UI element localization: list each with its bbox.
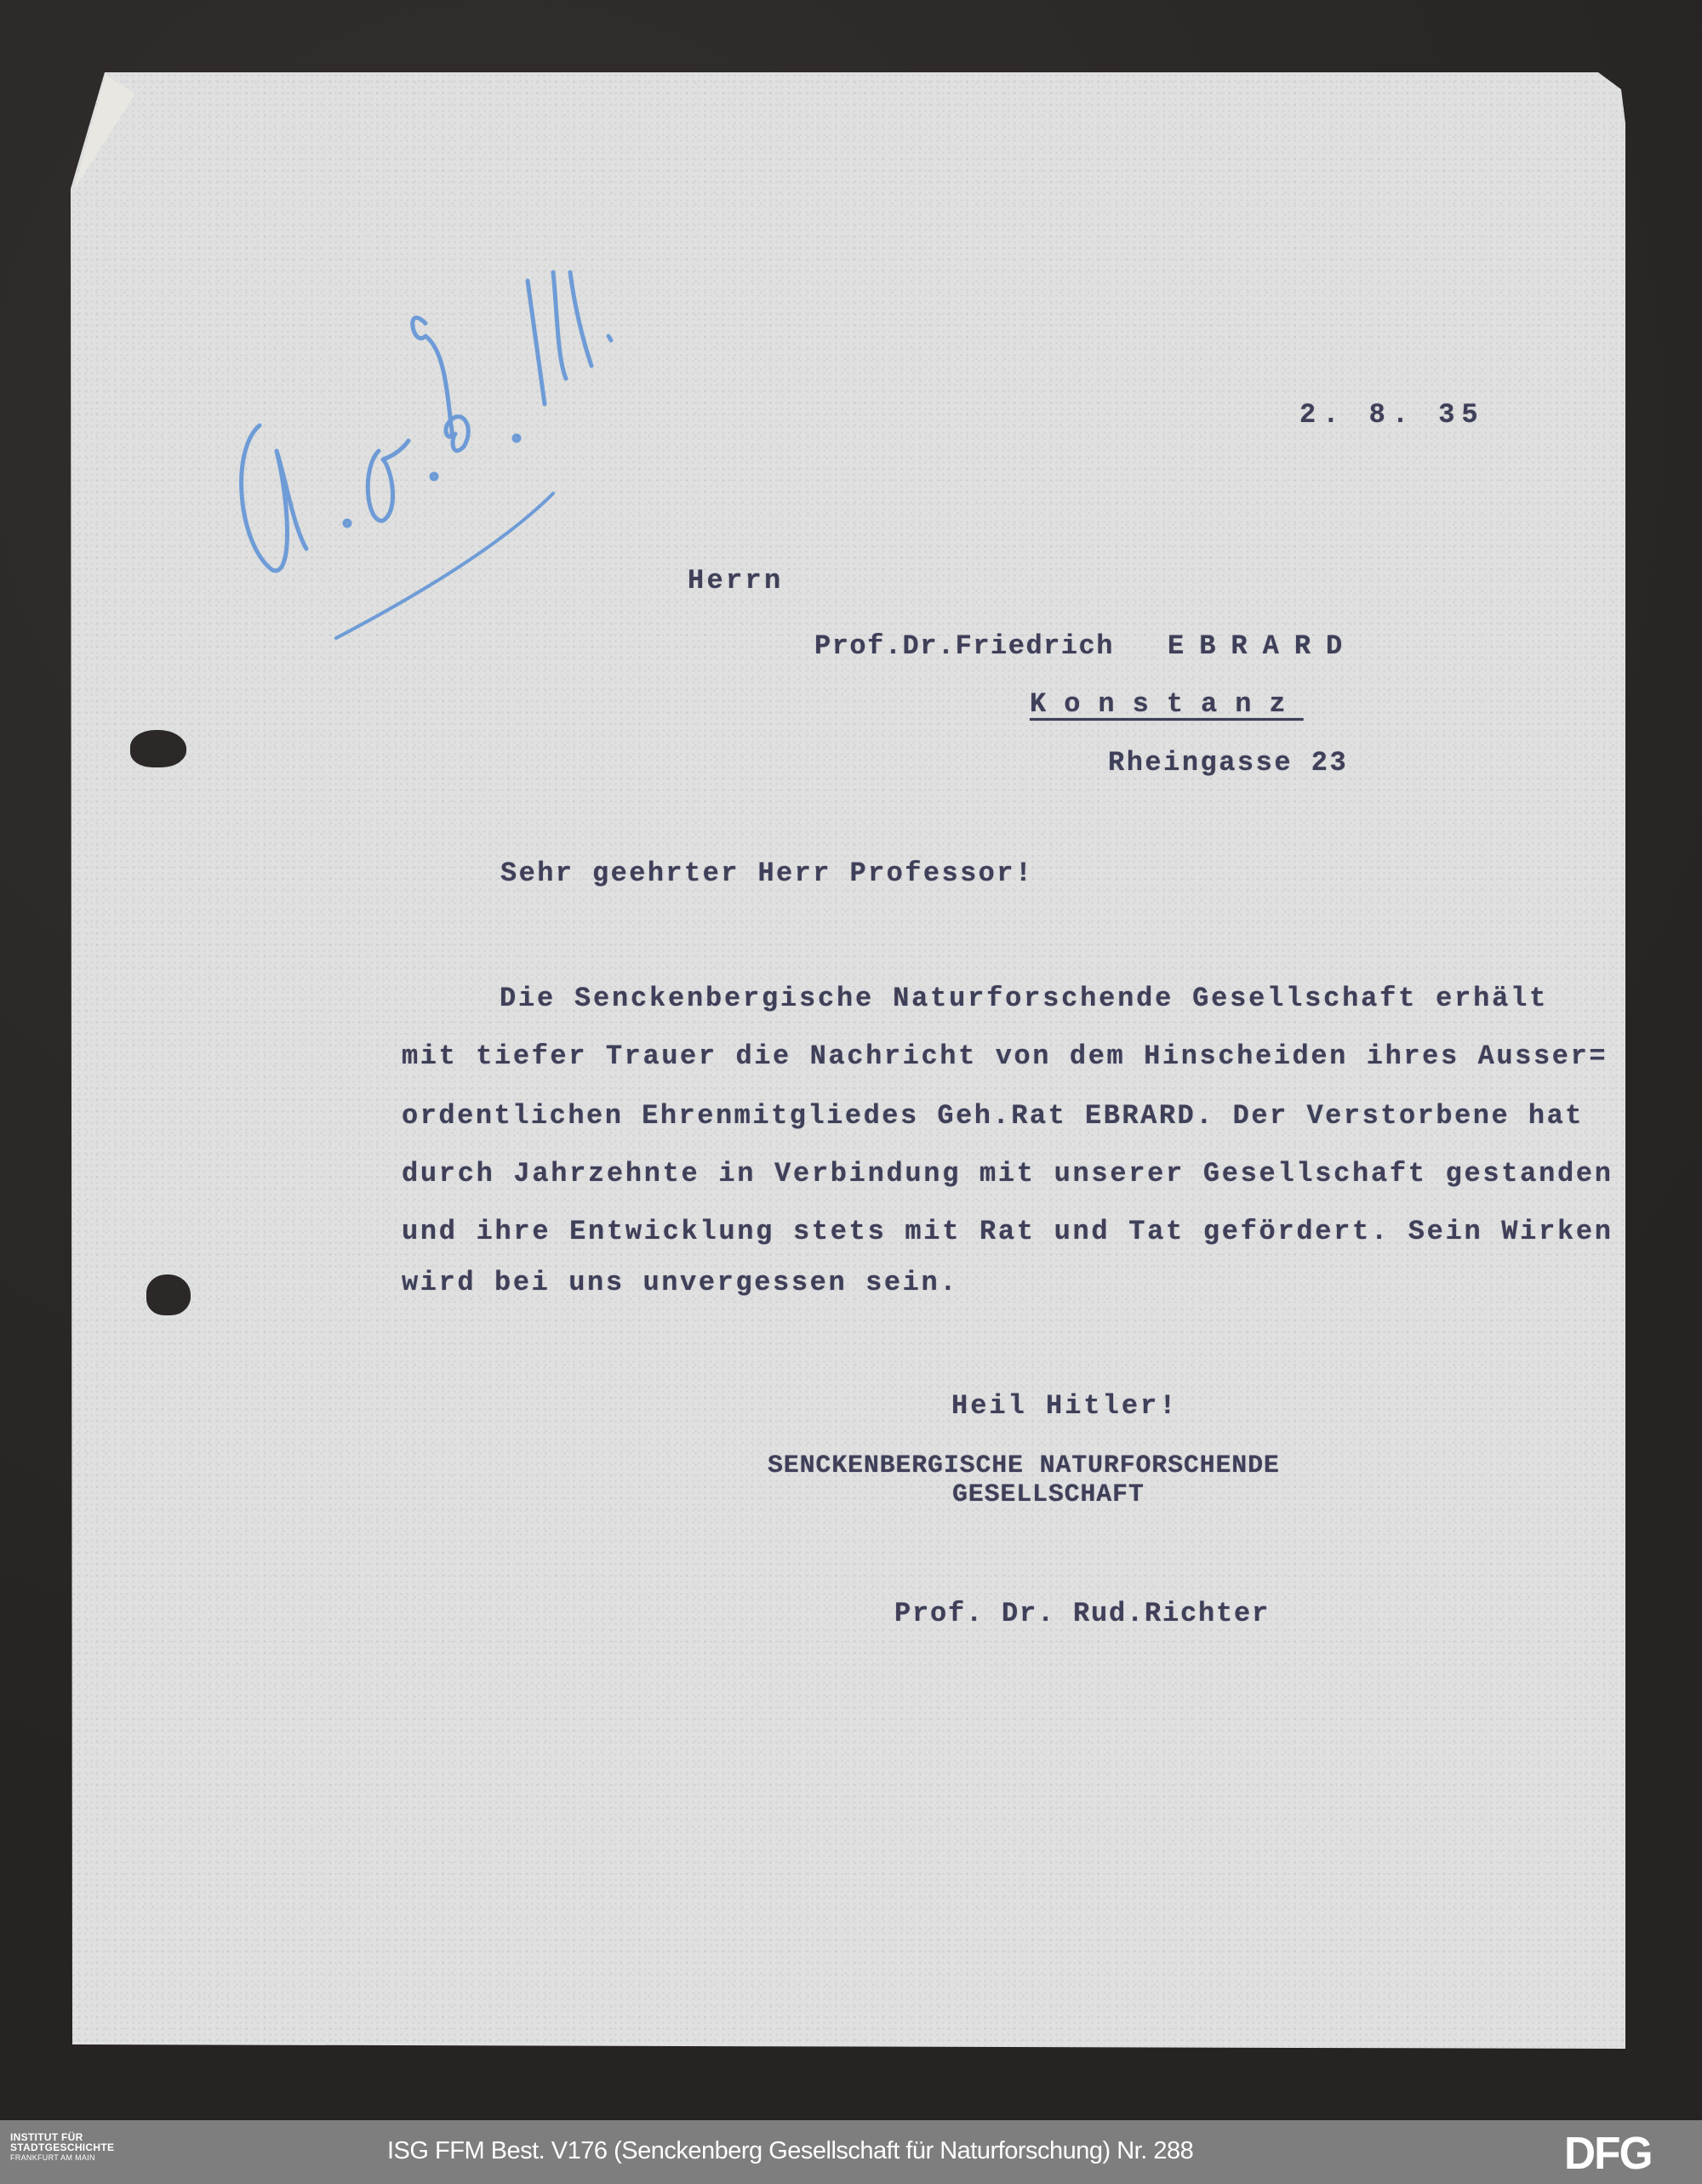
isg-logo-line2: STADTGESCHICHTE [10,2142,114,2153]
recipient-street: Rheingasse 23 [1108,748,1348,778]
body-line: wird bei uns unvergessen sein. [402,1268,958,1298]
recipient-name-prefix: Prof.Dr.Friedrich [814,631,1114,662]
body-line: Die Senckenbergische Naturforschende Ges… [500,984,1548,1014]
recipient-surname: EBRARD [1168,631,1357,662]
isg-logo: INSTITUT FÜR STADTGESCHICHTE FRANKFURT A… [10,2132,114,2163]
archive-footer-bar: INSTITUT FÜR STADTGESCHICHTE FRANKFURT A… [0,2120,1702,2184]
closing: Heil Hitler! [951,1391,1178,1422]
body-line: ordentlichen Ehrenmitgliedes Geh.Rat EBR… [402,1101,1584,1132]
body-line: mit tiefer Trauer die Nachricht von dem … [402,1041,1608,1072]
dfg-logo: DFG [1564,2130,1652,2176]
archive-reference: ISG FFM Best. V176 (Senckenberg Gesellsc… [387,2136,1193,2166]
punch-hole-bottom [146,1274,191,1315]
isg-logo-line3: FRANKFURT AM MAIN [10,2153,114,2163]
signatory: Prof. Dr. Rud.Richter [894,1599,1270,1629]
punch-hole-top [130,730,186,767]
body-line: und ihre Entwicklung stets mit Rat und T… [402,1217,1613,1247]
organization-name-line2: GESELLSCHAFT [952,1480,1145,1510]
body-line: durch Jahrzehnte in Verbindung mit unser… [402,1159,1613,1189]
recipient-salutation-line: Herrn [688,566,784,596]
organization-name-line1: SENCKENBERGISCHE NATURFORSCHENDE [768,1451,1280,1481]
greeting: Sehr geehrter Herr Professor! [500,858,1034,889]
recipient-city: Konstanz [1030,689,1304,720]
letter-date: 2. 8. 35 [1299,400,1485,431]
pencil-annotation-icon [221,255,681,655]
